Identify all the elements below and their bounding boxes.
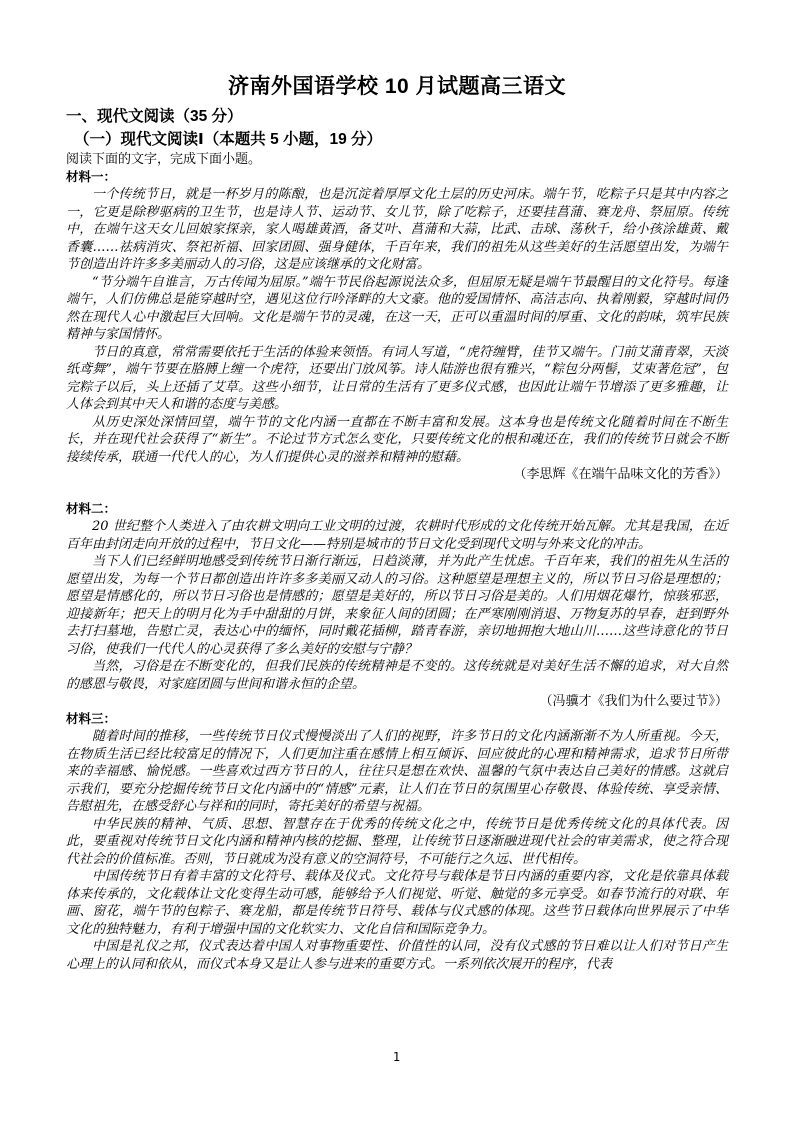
- exam-document-page: 济南外国语学校 10 月试题高三语文 一、现代文阅读（35 分） （一）现代文阅…: [0, 0, 793, 1122]
- subsection-heading-reading-1: （一）现代文阅读Ⅰ（本题共 5 小题，19 分）: [66, 128, 728, 151]
- material-3-paragraph: 中国是礼仪之邦，仪式表达着中国人对事物重要性、价值性的认同，没有仪式感的节日难以…: [66, 938, 728, 973]
- page-title: 济南外国语学校 10 月试题高三语文: [66, 74, 728, 100]
- material-3-paragraph: 中国传统节日有着丰富的文化符号、载体及仪式。文化符号与载体是节日内涵的重要内容，…: [66, 868, 728, 938]
- material-1-paragraph: 节日的真意，常常需要依托于生活的体验来领悟。有词人写道，“虎符缠臂，佳节又端午。…: [66, 344, 728, 414]
- instruction-text: 阅读下面的文字，完成下面小题。: [66, 151, 728, 169]
- section-heading-modern-reading: 一、现代文阅读（35 分）: [66, 105, 728, 128]
- material-1-paragraph: 一个传统节日，就是一杯岁月的陈酿，也是沉淀着厚厚文化土层的历史河床。端午节，吃粽…: [66, 186, 728, 274]
- material-3-paragraph: 随着时间的推移，一些传统节日仪式慢慢淡出了人们的视野，许多节日的文化内涵渐渐不为…: [66, 728, 728, 816]
- material-2-label: 材料二：: [66, 501, 728, 519]
- material-1-paragraph: “节分端午自谁言，万古传闻为屈原。”端午节民俗起源说法众多，但屈原无疑是端午节最…: [66, 274, 728, 344]
- material-2-paragraph: 当然，习俗是在不断变化的，但我们民族的传统精神是不变的。这传统就是对美好生活不懈…: [66, 658, 728, 693]
- blank-line-separator: [66, 484, 728, 501]
- document-content: 济南外国语学校 10 月试题高三语文 一、现代文阅读（35 分） （一）现代文阅…: [66, 74, 728, 973]
- material-1: 材料一： 一个传统节日，就是一杯岁月的陈酿，也是沉淀着厚厚文化土层的历史河床。端…: [66, 169, 728, 484]
- material-1-attribution: （李思辉《在端午品味文化的芳香》）: [66, 466, 728, 484]
- material-2: 材料二： 20 世纪整个人类进入了由农耕文明向工业文明的过渡，农耕时代形成的文化…: [66, 501, 728, 711]
- material-3-paragraph: 中华民族的精神、气质、思想、智慧存在于优秀的传统文化之中，传统节日是优秀传统文化…: [66, 816, 728, 869]
- material-2-paragraph: 20 世纪整个人类进入了由农耕文明向工业文明的过渡，农耕时代形成的文化传统开始瓦…: [66, 518, 728, 553]
- material-2-attribution: （冯骥才《我们为什么要过节》）: [66, 693, 728, 711]
- material-3-label: 材料三：: [66, 711, 728, 729]
- material-1-label: 材料一：: [66, 169, 728, 187]
- material-1-paragraph: 从历史深处深情回望，端午节的文化内涵一直都在不断丰富和发展。这本身也是传统文化随…: [66, 414, 728, 467]
- page-number: 1: [0, 1050, 793, 1064]
- material-3: 材料三： 随着时间的推移，一些传统节日仪式慢慢淡出了人们的视野，许多节日的文化内…: [66, 711, 728, 974]
- material-2-paragraph: 当下人们已经鲜明地感受到传统节日渐行渐远，日趋淡薄，并为此产生忧虑。千百年来，我…: [66, 553, 728, 658]
